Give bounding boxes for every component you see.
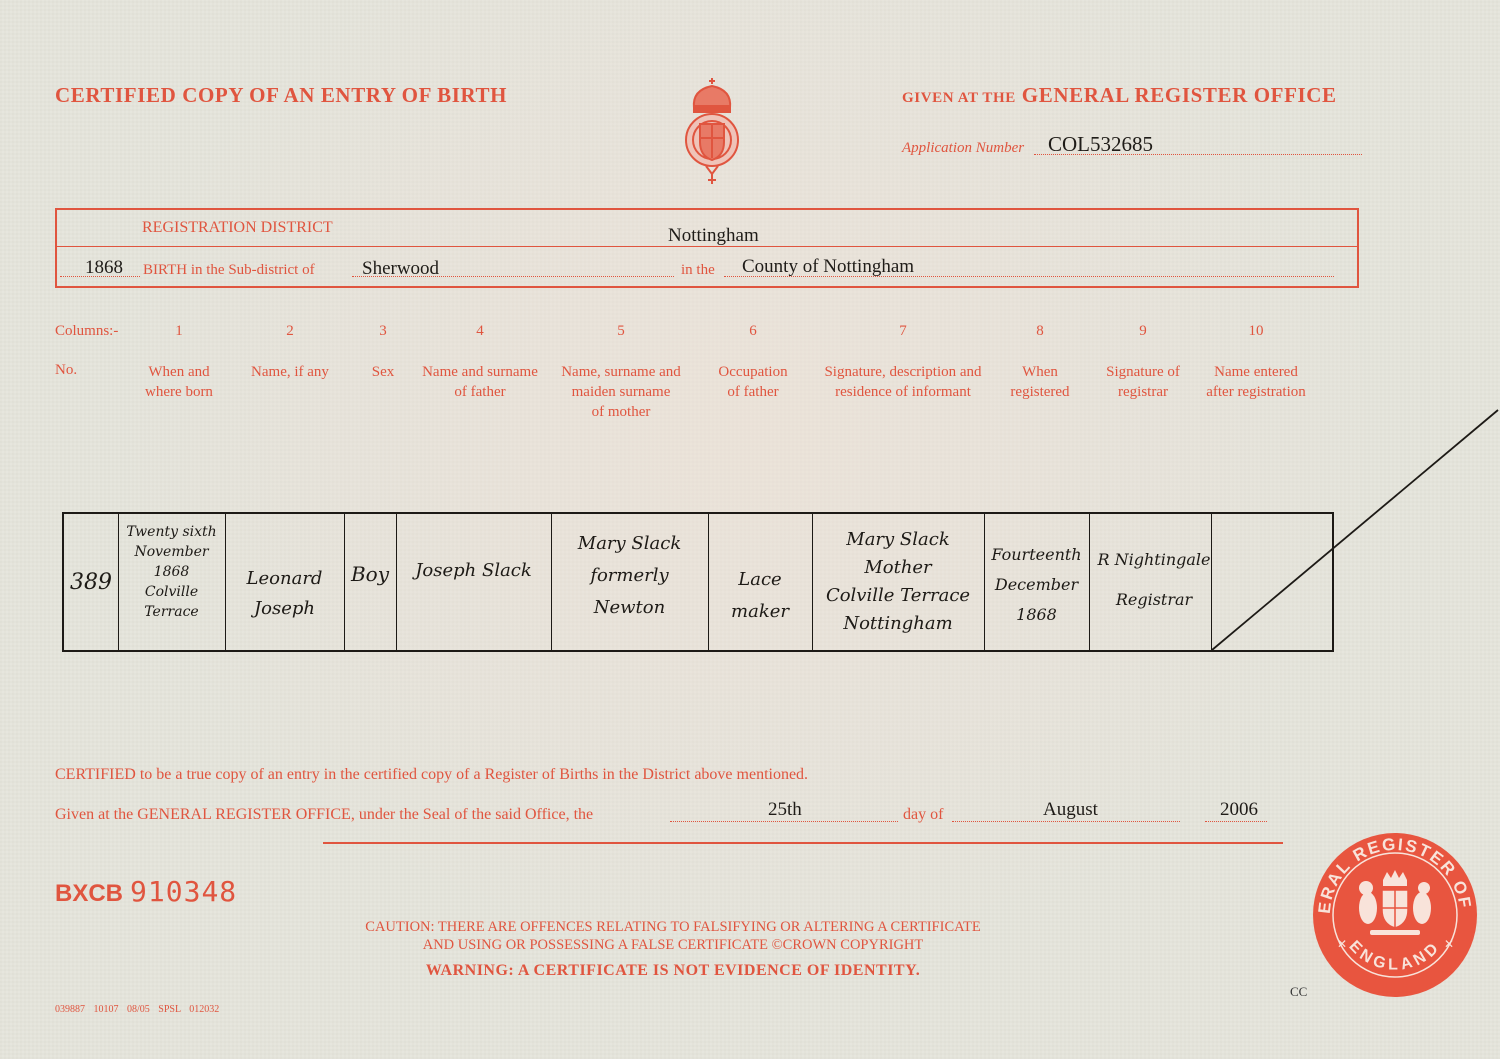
certificate-title: CERTIFIED COPY OF AN ENTRY OF BIRTH (55, 83, 507, 108)
column-header-5: Name, surname and maiden surname of moth… (551, 362, 691, 422)
subdistrict-value: Sherwood (362, 258, 439, 280)
royal-crest-icon (680, 76, 744, 188)
office-title: GIVEN AT THE GENERAL REGISTER OFFICE (902, 83, 1337, 108)
column-header-9-line1: Signature of (1093, 362, 1193, 382)
column-number-2: 2 (260, 323, 320, 340)
informant-name: Mary Slack (812, 526, 984, 554)
column-header-1-line1: When and (129, 362, 229, 382)
column-header-2-line1: Name, if any (230, 362, 350, 382)
column-header-5-line2: maiden surname (551, 382, 691, 402)
caution-notice: CAUTION: THERE ARE OFFENCES RELATING TO … (323, 918, 1023, 954)
column-number-5: 5 (591, 323, 651, 340)
column-number-4: 4 (450, 323, 510, 340)
office-title-main: GENERAL REGISTER OFFICE (1022, 83, 1337, 107)
mother-formerly: formerly (551, 560, 708, 592)
occupation-line1: Lace (708, 564, 812, 596)
registration-year: 1868 (85, 257, 123, 279)
column-number-3: 3 (353, 323, 413, 340)
application-number-label: Application Number (902, 140, 1024, 157)
caution-line2: AND USING OR POSSESSING A FALSE CERTIFIC… (323, 936, 1023, 954)
registered-year: 1868 (984, 600, 1089, 630)
column-number-6: 6 (723, 323, 783, 340)
column-number-8: 8 (1010, 323, 1070, 340)
entry-sex: Boy (344, 564, 396, 585)
entry-informant: Mary Slack Mother Colville Terrace Notti… (812, 526, 984, 638)
register-entry-table: 389 Twenty sixth November 1868 Colville … (62, 512, 1334, 652)
born-day: Twenty sixth (118, 522, 225, 542)
column-header-2: Name, if any (230, 362, 350, 382)
column-header-10: Name entered after registration (1196, 362, 1316, 402)
occupation-line2: maker (708, 596, 812, 628)
registration-district-label: REGISTRATION DISTRICT (142, 219, 333, 237)
subdistrict-label: BIRTH in the Sub-district of (143, 262, 315, 279)
informant-residence-1: Colville Terrace (812, 582, 984, 610)
entry-father: Joseph Slack (396, 560, 551, 581)
mother-name: Mary Slack (551, 528, 708, 560)
column-header-4-line1: Name and surname (412, 362, 548, 382)
column-header-7-line2: residence of informant (813, 382, 993, 402)
column-header-5-line1: Name, surname and (551, 362, 691, 382)
strike-through-line (1200, 400, 1500, 660)
column-header-4-line2: of father (412, 382, 548, 402)
column-header-7-line1: Signature, description and (813, 362, 993, 382)
certificate-serial: BXCB 910348 (55, 875, 237, 909)
entry-number: 389 (64, 572, 118, 593)
warning-notice: WARNING: A CERTIFICATE IS NOT EVIDENCE O… (323, 962, 1023, 980)
born-place-1: Colville (118, 582, 225, 602)
born-month: November (118, 542, 225, 562)
entry-occupation: Lace maker (708, 564, 812, 628)
column-header-1: When and where born (129, 362, 229, 402)
entry-child-name: Leonard Joseph (225, 564, 344, 624)
column-header-6: Occupation of father (703, 362, 803, 402)
month-dotline (952, 821, 1180, 822)
columns-label: Columns:- (55, 323, 118, 340)
column-header-8: When registered (1000, 362, 1080, 402)
column-header-3-line1: Sex (358, 362, 408, 382)
registered-month: December (984, 570, 1089, 600)
column-header-1-line2: where born (129, 382, 229, 402)
county-value: County of Nottingham (742, 256, 914, 278)
informant-residence-2: Nottingham (812, 610, 984, 638)
column-header-6-line1: Occupation (703, 362, 803, 382)
entry-mother: Mary Slack formerly Newton (551, 528, 708, 624)
column-header-10-line2: after registration (1196, 382, 1316, 402)
day-of-label: day of (903, 806, 943, 824)
column-header-7: Signature, description and residence of … (813, 362, 993, 402)
day-dotline (670, 821, 898, 822)
application-number-value: COL532685 (1048, 132, 1153, 157)
column-header-8-line2: registered (1000, 382, 1080, 402)
registered-day: Fourteenth (984, 540, 1089, 570)
child-first-name: Leonard (225, 564, 344, 594)
column-header-9-line2: registrar (1093, 382, 1193, 402)
born-place-2: Terrace (118, 602, 225, 622)
certification-given-at: Given at the GENERAL REGISTER OFFICE, un… (55, 806, 593, 824)
entry-when-where-born: Twenty sixth November 1868 Colville Terr… (118, 522, 225, 622)
county-label: in the (681, 262, 715, 279)
column-header-10-line1: Name entered (1196, 362, 1316, 382)
child-middle-name: Joseph (225, 594, 344, 624)
column-header-6-line2: of father (703, 382, 803, 402)
column-number-7: 7 (873, 323, 933, 340)
serial-number: 910348 (130, 875, 237, 908)
form-code: 039887 10107 08/05 SPSL 012032 (55, 1004, 219, 1015)
certification-day: 25th (768, 799, 802, 821)
caution-line1: CAUTION: THERE ARE OFFENCES RELATING TO … (323, 918, 1023, 936)
column-number-9: 9 (1113, 323, 1173, 340)
svg-text:✕: ✕ (1337, 937, 1347, 951)
registration-district-value: Nottingham (668, 225, 759, 247)
entry-when-registered: Fourteenth December 1868 (984, 540, 1089, 630)
column-no-label: No. (55, 362, 77, 379)
column-divider (396, 514, 397, 650)
year-dotline-cert (1205, 821, 1267, 822)
office-title-prefix: GIVEN AT THE (902, 90, 1016, 106)
red-divider-line (323, 842, 1283, 844)
column-header-8-line1: When (1000, 362, 1080, 382)
certification-year: 2006 (1220, 799, 1258, 821)
column-header-3: Sex (358, 362, 408, 382)
born-year: 1868 (118, 562, 225, 582)
general-register-office-seal-icon: GENERAL REGISTER OFFICE ENGLAND ✕ ✕ (1300, 830, 1490, 1000)
svg-text:✕: ✕ (1444, 937, 1454, 951)
informant-description: Mother (812, 554, 984, 582)
certification-month: August (1043, 799, 1098, 821)
certification-statement: CERTIFIED to be a true copy of an entry … (55, 766, 808, 784)
column-header-4: Name and surname of father (412, 362, 548, 402)
column-header-5-line3: of mother (551, 402, 691, 422)
column-header-9: Signature of registrar (1093, 362, 1193, 402)
serial-prefix: BXCB (55, 880, 123, 907)
column-number-1: 1 (149, 323, 209, 340)
mother-maiden-name: Newton (551, 592, 708, 624)
column-number-10: 10 (1226, 323, 1286, 340)
